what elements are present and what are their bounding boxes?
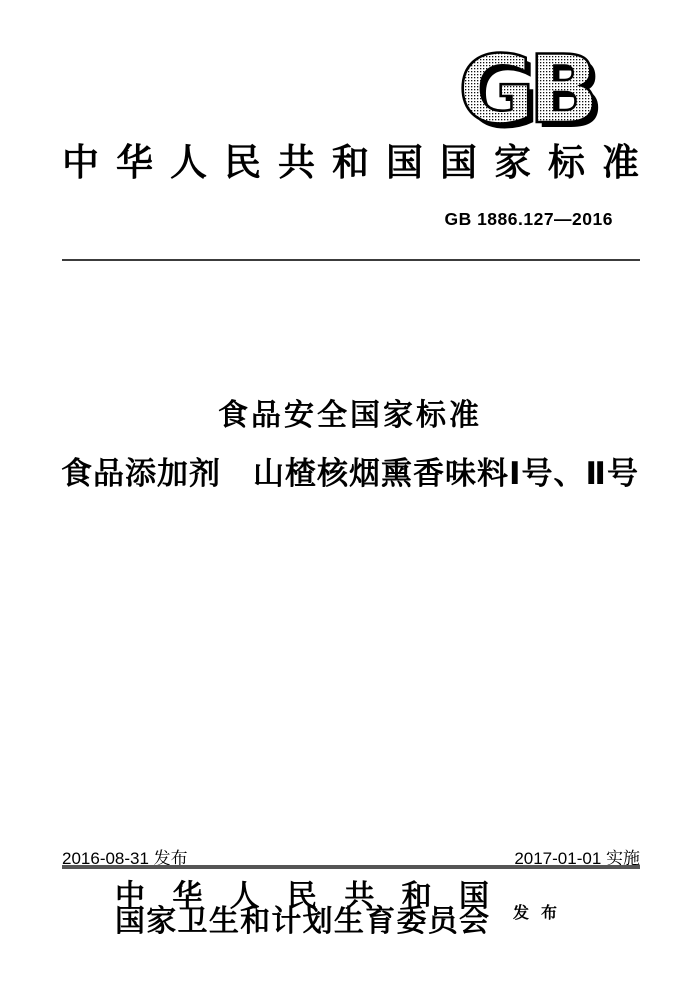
gb-logo-icon: GB GB [456, 50, 604, 132]
publisher-row: 中 华 人 民 共 和 国 国家卫生和计划生育委员会 发 布 [115, 884, 561, 934]
header-rule [62, 259, 640, 261]
publisher-block: 中 华 人 民 共 和 国 国家卫生和计划生育委员会 [115, 884, 489, 934]
footer-rule [62, 865, 640, 869]
doc-title-line1: 食品安全国家标准 [0, 390, 700, 434]
national-standard-header: 中 华 人 民 共 和 国 国 家 标 准 [62, 143, 640, 185]
standard-number: GB 1886.127—2016 [444, 209, 613, 230]
doc-title-line2: 食品添加剂 山楂核烟熏香味料Ⅰ号、Ⅱ号 [0, 448, 700, 493]
gb-logo-front-text: GB [458, 50, 594, 132]
publish-label: 发 布 [513, 896, 561, 923]
standard-cover-page: GB GB 中 华 人 民 共 和 国 国 家 标 准 GB 1886.127—… [0, 0, 700, 990]
publisher-line2: 国家卫生和计划生育委员会 [115, 909, 489, 934]
